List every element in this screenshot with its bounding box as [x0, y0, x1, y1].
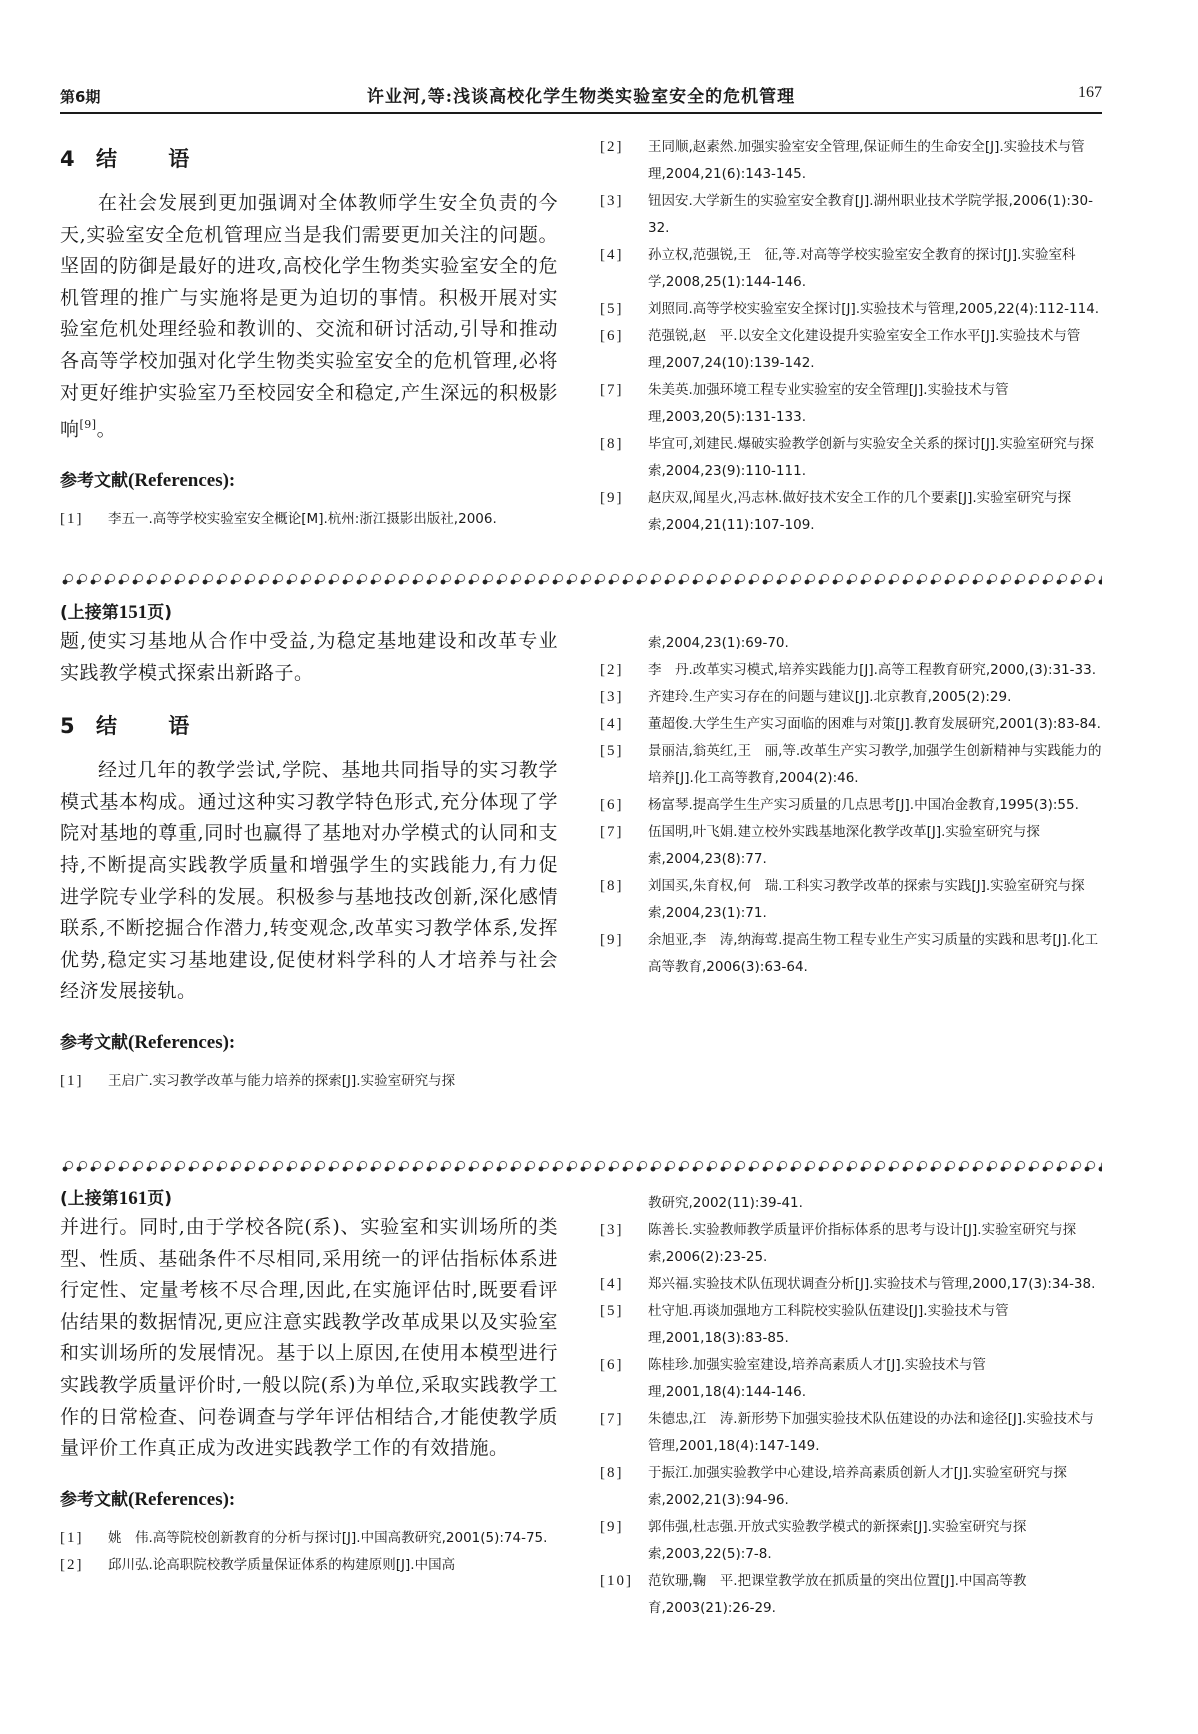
article-1: 4结 语 在社会发展到更加强调对全体教师学生安全负责的今天,实验室安全危机管理应… — [60, 140, 1102, 560]
reference-item: [4]董超俊.大学生生产实习面临的困难与对策[J].教育发展研究,2001(3)… — [600, 711, 1102, 738]
references-heading: 参考文献(References): — [60, 466, 558, 492]
reference-item-continued: 教研究,2002(11):39-41. — [600, 1190, 1102, 1217]
reference-item: [10]范钦珊,鞠 平.把课堂教学放在抓质量的突出位置[J].中国高等教育,20… — [600, 1568, 1102, 1622]
ornamental-divider — [60, 573, 1102, 587]
section-heading: 5结 语 — [60, 711, 558, 741]
reference-item: [6]陈桂珍.加强实验室建设,培养高素质人才[J].实验技术与管理,2001,1… — [600, 1352, 1102, 1406]
reference-list-right: 索,2004,23(1):69-70. [2]李 丹.改革实习模式,培养实践能力… — [600, 630, 1102, 981]
continued-from-heading: (上接第161页) — [60, 1186, 558, 1212]
reference-item: [8]毕宜可,刘建民.爆破实验教学创新与实验安全关系的探讨[J].实验室研究与探… — [600, 431, 1102, 485]
reference-item: [7]朱美英.加强环境工程专业实验室的安全管理[J].实验技术与管理,2003,… — [600, 377, 1102, 431]
page-number: 167 — [1078, 84, 1102, 102]
conclusion-paragraph: 经过几年的教学尝试,学院、基地共同指导的实习教学模式基本构成。通过这种实习教学特… — [60, 755, 558, 1008]
reference-item: [3]陈善长.实验教师教学质量评价指标体系的思考与设计[J].实验室研究与探索,… — [600, 1217, 1102, 1271]
reference-item: [8]于振江.加强实验教学中心建设,培养高素质创新人才[J].实验室研究与探索,… — [600, 1460, 1102, 1514]
reference-item: [9]郭伟强,杜志强.开放式实验教学模式的新探索[J].实验室研究与探索,200… — [600, 1514, 1102, 1568]
reference-item: [6]范强锐,赵 平.以安全文化建设提升实验室安全工作水平[J].实验技术与管理… — [600, 323, 1102, 377]
reference-list-right: [2]王同顺,赵素然.加强实验室安全管理,保证师生的生命安全[J].实验技术与管… — [600, 134, 1102, 539]
reference-item: [4]孙立权,范强锐,王 征,等.对高等学校实验室安全教育的探讨[J].实验室科… — [600, 242, 1102, 296]
article-2: (上接第151页) 题,使实习基地从合作中受益,为稳定基地建设和改革专业实践教学… — [60, 600, 1102, 1120]
article-3: (上接第161页) 并进行。同时,由于学校各院(系)、实验室和实训场所的类型、性… — [60, 1186, 1102, 1726]
reference-list-left: [1]李五一.高等学校实验室安全概论[M].杭州:浙江摄影出版社,2006. — [60, 506, 558, 533]
reference-list-right: 教研究,2002(11):39-41. [3]陈善长.实验教师教学质量评价指标体… — [600, 1190, 1102, 1622]
reference-item: [3]钮因安.大学新生的实验室安全教育[J].湖州职业技术学院学报,2006(1… — [600, 188, 1102, 242]
article-3-left-column: (上接第161页) 并进行。同时,由于学校各院(系)、实验室和实训场所的类型、性… — [60, 1186, 558, 1579]
reference-item-continued: 索,2004,23(1):69-70. — [600, 630, 1102, 657]
continued-paragraph: 并进行。同时,由于学校各院(系)、实验室和实训场所的类型、性质、基础条件不尽相同… — [60, 1212, 558, 1465]
reference-item: [8]刘国买,朱育权,何 瑞.工科实习教学改革的探索与实践[J].实验室研究与探… — [600, 873, 1102, 927]
reference-item: [1]姚 伟.高等院校创新教育的分析与探讨[J].中国高教研究,2001(5):… — [60, 1525, 558, 1552]
running-title: 许业河,等:浅谈高校化学生物类实验室安全的危机管理 — [60, 82, 1102, 107]
ornamental-divider — [60, 1160, 1102, 1174]
article-1-left-column: 4结 语 在社会发展到更加强调对全体教师学生安全负责的今天,实验室安全危机管理应… — [60, 140, 558, 533]
citation: [9] — [80, 418, 97, 431]
page-header: 第6期 许业河,等:浅谈高校化学生物类实验室安全的危机管理 167 — [60, 78, 1102, 114]
reference-item: [2]邱川弘.论高职院校教学质量保证体系的构建原则[J].中国高 — [60, 1552, 558, 1579]
continued-paragraph: 题,使实习基地从合作中受益,为稳定基地建设和改革专业实践教学模式探索出新路子。 — [60, 626, 558, 689]
reference-item: [7]伍国明,叶飞娟.建立校外实践基地深化教学改革[J].实验室研究与探索,20… — [600, 819, 1102, 873]
reference-item: [1]李五一.高等学校实验室安全概论[M].杭州:浙江摄影出版社,2006. — [60, 506, 558, 533]
article-2-left-column: (上接第151页) 题,使实习基地从合作中受益,为稳定基地建设和改革专业实践教学… — [60, 600, 558, 1095]
conclusion-paragraph: 在社会发展到更加强调对全体教师学生安全负责的今天,实验室安全危机管理应当是我们需… — [60, 188, 558, 446]
reference-item: [9]赵庆双,闻星火,冯志林.做好技术安全工作的几个要素[J].实验室研究与探索… — [600, 485, 1102, 539]
references-heading: 参考文献(References): — [60, 1028, 558, 1054]
references-heading: 参考文献(References): — [60, 1485, 558, 1511]
reference-item: [5]刘照同.高等学校实验室安全探讨[J].实验技术与管理,2005,22(4)… — [600, 296, 1102, 323]
reference-item: [2]李 丹.改革实习模式,培养实践能力[J].高等工程教育研究,2000,(3… — [600, 657, 1102, 684]
reference-item: [9]余旭亚,李 涛,纳海莺.提高生物工程专业生产实习质量的实践和思考[J].化… — [600, 927, 1102, 981]
reference-item: [3]齐建玲.生产实习存在的问题与建议[J].北京教育,2005(2):29. — [600, 684, 1102, 711]
reference-item: [6]杨富琴.提高学生生产实习质量的几点思考[J].中国冶金教育,1995(3)… — [600, 792, 1102, 819]
reference-item: [5]杜守旭.再谈加强地方工科院校实验队伍建设[J].实验技术与管理,2001,… — [600, 1298, 1102, 1352]
reference-item: [1]王启广.实习教学改革与能力培养的探索[J].实验室研究与探 — [60, 1068, 558, 1095]
reference-item: [4]郑兴福.实验技术队伍现状调查分析[J].实验技术与管理,2000,17(3… — [600, 1271, 1102, 1298]
reference-item: [7]朱德忠,江 涛.新形势下加强实验技术队伍建设的办法和途径[J].实验技术与… — [600, 1406, 1102, 1460]
reference-list-left: [1]姚 伟.高等院校创新教育的分析与探讨[J].中国高教研究,2001(5):… — [60, 1525, 558, 1579]
reference-item: [5]景丽洁,翁英红,王 丽,等.改革生产实习教学,加强学生创新精神与实践能力的… — [600, 738, 1102, 792]
continued-from-heading: (上接第151页) — [60, 600, 558, 626]
reference-list-left: [1]王启广.实习教学改革与能力培养的探索[J].实验室研究与探 — [60, 1068, 558, 1095]
section-heading: 4结 语 — [60, 144, 558, 174]
reference-item: [2]王同顺,赵素然.加强实验室安全管理,保证师生的生命安全[J].实验技术与管… — [600, 134, 1102, 188]
